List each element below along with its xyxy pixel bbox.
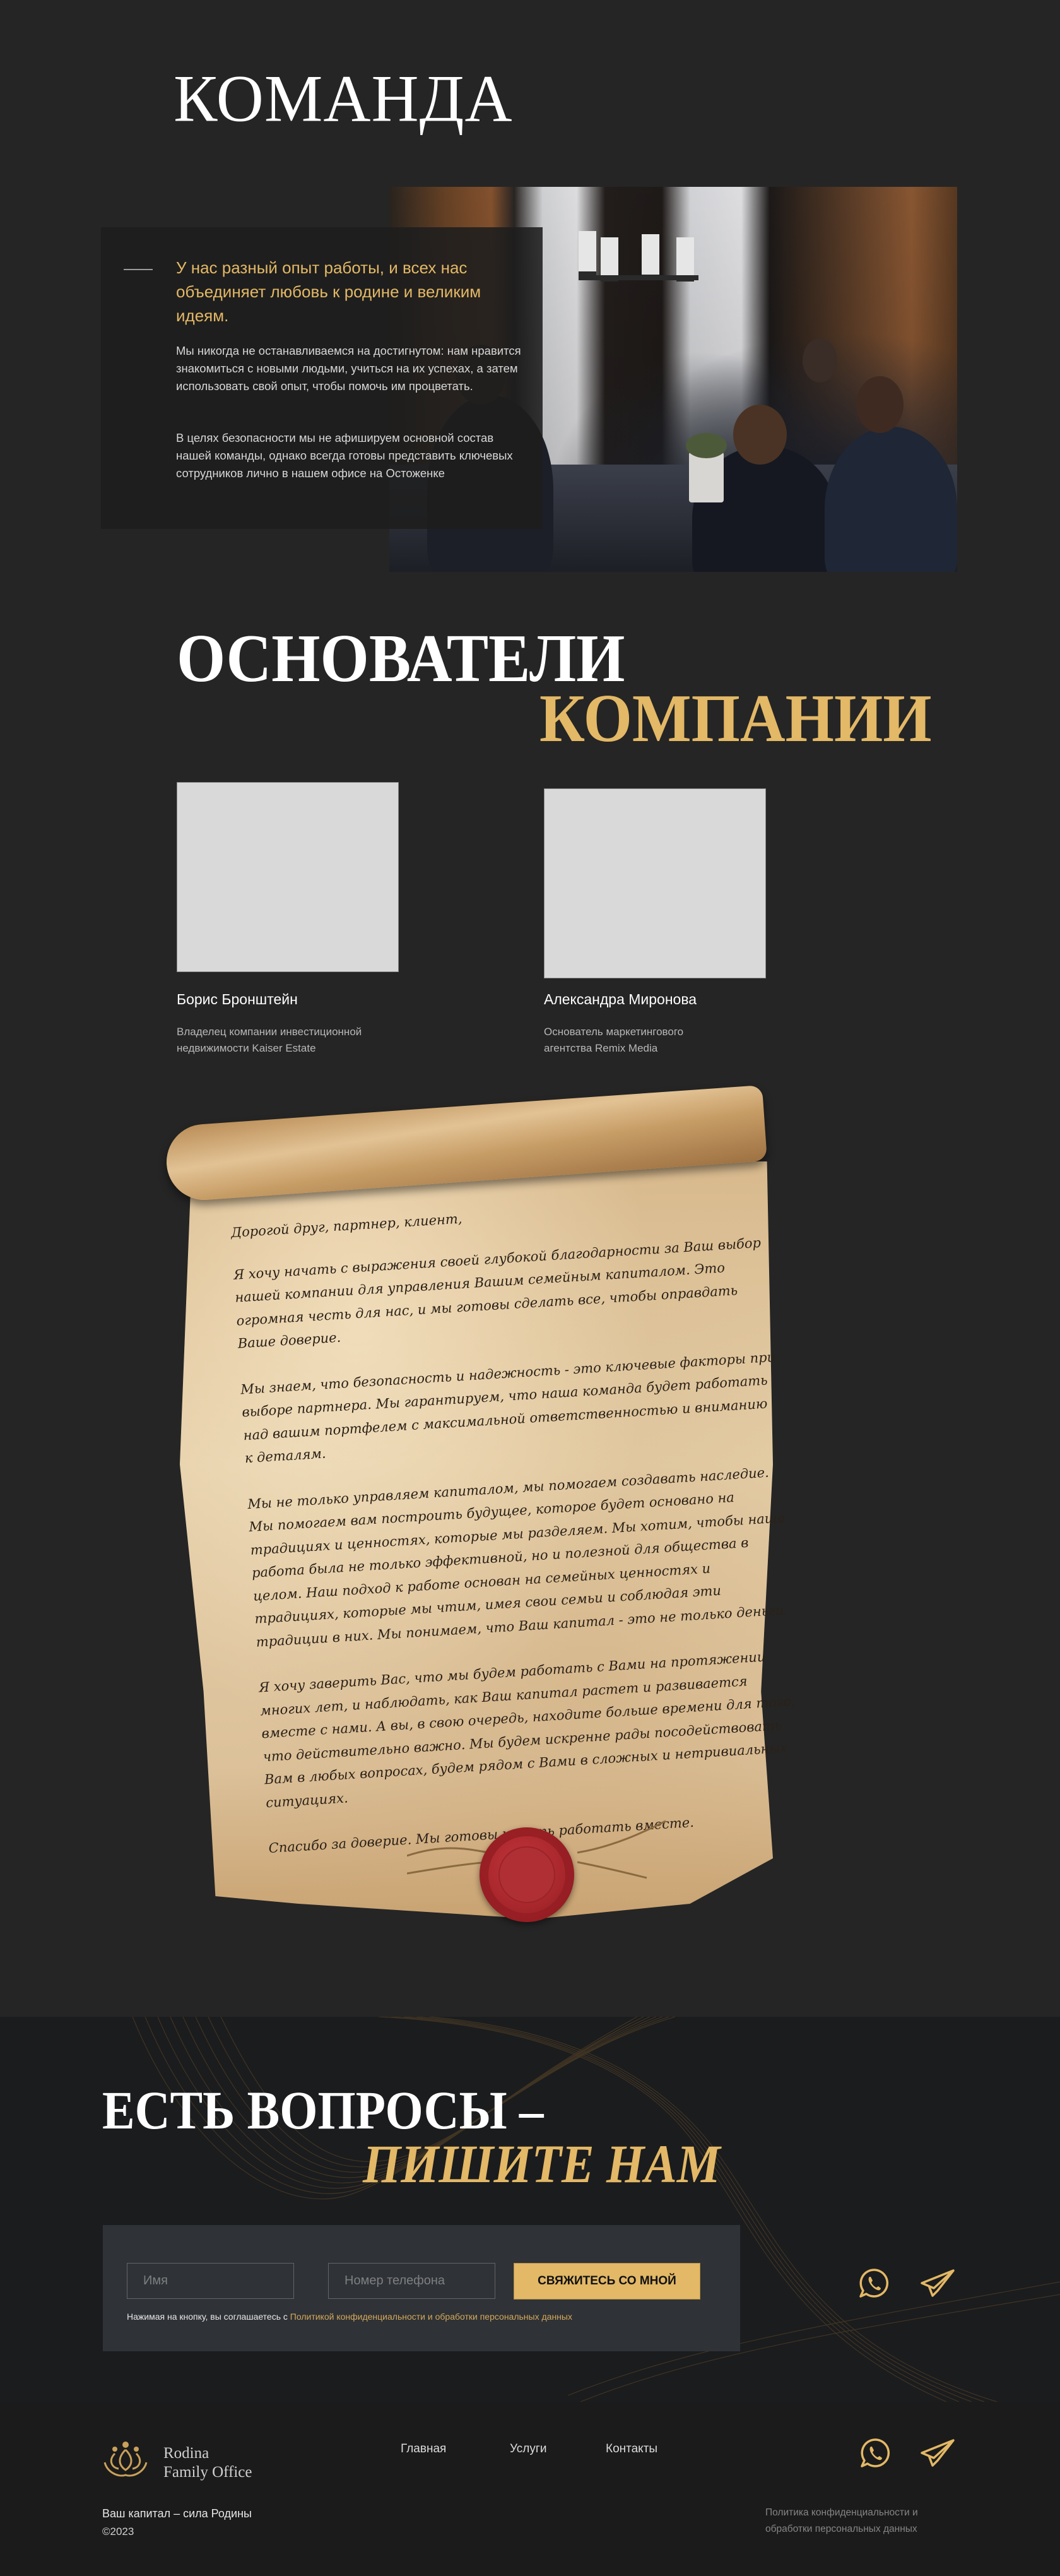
logo-text: Rodina Family Office	[163, 2444, 252, 2482]
person-head	[733, 405, 787, 465]
letter-paragraph: Я хочу заверить Вас, что мы будем работа…	[258, 1644, 802, 1814]
team-lead-text: У нас разный опыт работы, и всех нас объ…	[176, 256, 504, 328]
founder-photo-placeholder	[177, 782, 399, 972]
founder-name: Александра Миронова	[544, 991, 697, 1008]
team-paragraph: Мы никогда не останавливаемся на достигн…	[176, 342, 529, 395]
logo-line-2: Family Office	[163, 2463, 252, 2482]
founder-photo-placeholder	[544, 788, 766, 978]
founder-name: Борис Бронштейн	[177, 991, 298, 1008]
tagline: Ваш капитал – сила Родины	[102, 2507, 252, 2520]
letter-paragraph: Мы знаем, что безопасность и надежность …	[240, 1345, 780, 1470]
footer-telegram-link[interactable]	[920, 2437, 953, 2469]
letter-text: Дорогой друг, партнер, клиент, Я хочу на…	[230, 1189, 806, 1882]
founder-role: Основатель маркетингового агентства Remi…	[544, 1024, 727, 1057]
letter-paragraph: Мы не только управляем капиталом, мы пом…	[247, 1460, 792, 1654]
logo-icon	[102, 2440, 149, 2480]
contact-me-button[interactable]: СВЯЖИТЕСЬ СО МНОЙ	[514, 2263, 700, 2300]
person-silhouette	[825, 427, 957, 572]
logo-line-1: Rodina	[163, 2444, 252, 2463]
name-input[interactable]	[127, 2263, 294, 2299]
footer: Rodina Family Office Главная Услуги Конт…	[0, 2402, 1060, 2576]
copyright: ©2023	[102, 2526, 134, 2538]
nav-services-link[interactable]: Услуги	[510, 2442, 546, 2456]
footer-whatsapp-link[interactable]	[859, 2437, 892, 2469]
plant-pot	[689, 452, 724, 502]
nav-contacts-link[interactable]: Контакты	[606, 2442, 657, 2456]
consent-prefix: Нажимая на кнопку, вы соглашаетесь с	[127, 2312, 290, 2322]
wax-seal-center	[498, 1846, 555, 1903]
decorative-dash	[124, 269, 153, 270]
contact-title-line-2: ПИШИТЕ НАМ	[363, 2137, 721, 2191]
person-head	[856, 376, 904, 433]
telegram-icon	[920, 2267, 955, 2300]
team-paragraph: В целях безопасности мы не афишируем осн…	[176, 429, 529, 482]
lamp-decor	[642, 234, 659, 278]
team-title: КОМАНДА	[174, 66, 513, 133]
founders-title-line-2: КОМПАНИИ	[539, 685, 932, 753]
letter-scroll: Дорогой друг, партнер, клиент, Я хочу на…	[161, 1092, 792, 1963]
letter-paragraph: Я хочу начать с выражения своей глубокой…	[233, 1230, 774, 1355]
nav-home-link[interactable]: Главная	[401, 2442, 446, 2456]
wax-seal	[480, 1827, 574, 1922]
telegram-link[interactable]	[920, 2267, 953, 2300]
whatsapp-icon	[857, 2267, 890, 2300]
footer-privacy-policy-link[interactable]: Политика конфиденциальности и обработки …	[765, 2505, 955, 2537]
privacy-policy-link[interactable]: Политикой конфиденциальности и обработки…	[290, 2312, 572, 2322]
team-info-card: У нас разный опыт работы, и всех нас объ…	[101, 227, 543, 529]
plant	[686, 433, 727, 458]
lamp-decor	[579, 231, 596, 275]
contact-title-line-1: ЕСТЬ ВОПРОСЫ –	[102, 2083, 544, 2137]
founder-role: Владелец компании инвестиционной недвижи…	[177, 1024, 404, 1057]
phone-input[interactable]	[328, 2263, 495, 2299]
lamp-ring	[579, 275, 698, 280]
whatsapp-link[interactable]	[857, 2267, 890, 2300]
contact-form: СВЯЖИТЕСЬ СО МНОЙ Нажимая на кнопку, вы …	[103, 2225, 740, 2351]
telegram-icon	[920, 2437, 955, 2469]
person-head	[803, 338, 837, 383]
whatsapp-icon	[859, 2437, 892, 2469]
consent-text: Нажимая на кнопку, вы соглашаетесь с Пол…	[127, 2312, 572, 2322]
